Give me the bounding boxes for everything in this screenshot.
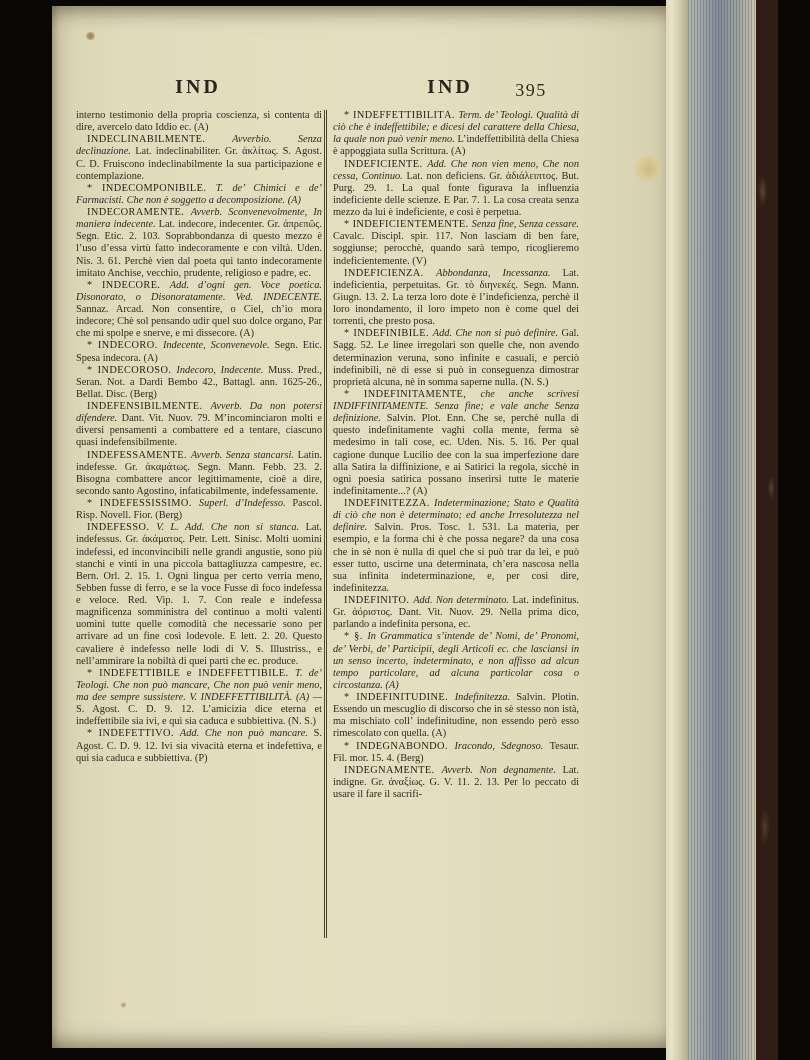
running-title-right: IND (400, 76, 500, 99)
dictionary-entry: * INDEFINIBILE. Add. Che non si può defi… (333, 328, 579, 389)
entry-definition: Avverb. Non degnamente. (442, 765, 563, 776)
dictionary-entry: * INDEGNABONDO. Iracondo, Sdegnoso. Tesa… (333, 741, 579, 765)
dictionary-entry: * INDEFETTIVO. Add. Che non può mancare.… (76, 728, 322, 764)
entry-headword: * INDECORE. (87, 280, 170, 291)
dictionary-entry: INDEGNAMENTE. Avverb. Non degnamente. La… (333, 765, 579, 801)
book-page: IND IND 395 interno testimonio della pro… (52, 6, 668, 1048)
entry-headword: INDEFENSIBILMENTE. (87, 401, 211, 412)
entry-definition: Indecoro, Indecente. (176, 365, 268, 376)
dictionary-entry: * INDECOROSO. Indecoro, Indecente. Muss.… (76, 365, 322, 401)
entry-definition: Indefinitezza. (455, 692, 517, 703)
entry-definition: Add. Che non si può definire. (433, 328, 562, 339)
entry-definition: Add. Non determinato. (413, 595, 512, 606)
entry-citation: Sannaz. Arcad. Non consentire, o Ciel, c… (76, 304, 322, 339)
dictionary-entry: * INDEFFETTIBILITÀ. Term. de’ Teologi. Q… (333, 110, 579, 159)
dictionary-entry: INDEFESSO. V. L. Add. Che non si stanca.… (76, 522, 322, 668)
running-title-left: IND (148, 76, 248, 99)
entry-headword: * INDEFETTIBILE e INDEFFETTIBILE. (87, 668, 295, 679)
dictionary-entry: interno testimonio della propria coscien… (76, 110, 322, 134)
dictionary-entry: INDEFINITO. Add. Non determinato. Lat. i… (333, 595, 579, 631)
entry-headword: INDEFINITO. (344, 595, 413, 606)
paper-stain (86, 32, 95, 40)
entry-citation: Lat. indefessus. Gr. ἀκάματος. Petr. Let… (76, 522, 322, 666)
entry-headword: * INDEFESSISSIMO. (87, 498, 199, 509)
dictionary-entry: INDEFINITEZZA. Indeterminazione; Stato e… (333, 498, 579, 595)
entry-headword: * INDEFINITUDINE. (344, 692, 455, 703)
entry-headword: * INDEFFETTIBILITÀ. (344, 110, 458, 121)
entry-definition: V. L. Add. Che non si stanca. (156, 522, 305, 533)
entry-definition: Indecente, Sconvenevole. (163, 340, 275, 351)
dictionary-entry: * INDECORE. Add. d’ogni gen. Voce poetic… (76, 280, 322, 341)
entry-headword: * INDEFICIENTEMENTE. (344, 219, 472, 230)
page-stack-edges (688, 0, 756, 1060)
entry-definition: In Grammatica s’intende de’ Nomi, de’ Pr… (333, 631, 579, 691)
entry-headword: * INDECOROSO. (87, 365, 176, 376)
entry-definition: Senza fine, Senza cessare. (472, 219, 579, 230)
entry-citation: Cavalc. Discipl. spir. 117. Non lasciam … (333, 231, 579, 266)
dictionary-entry: INDECORAMENTE. Avverb. Sconvenevolmente,… (76, 207, 322, 280)
entry-headword: INDECORAMENTE. (87, 207, 191, 218)
dictionary-entry: * INDEFINITUDINE. Indefinitezza. Salvin.… (333, 692, 579, 741)
book-cover-edge (756, 0, 778, 1060)
entry-headword: * INDEGNABONDO. (344, 741, 454, 752)
entry-headword: * §. (344, 631, 367, 642)
dictionary-entry: INDEFICIENZA. Abbondanza, Incessanza. La… (333, 268, 579, 329)
entry-definition: Superl. d’Indefesso. (199, 498, 292, 509)
book-scan: { "colors": { "paper": "#e2dcbd", "ink":… (0, 0, 810, 1060)
entry-headword: * INDECOMPONIBILE. (87, 183, 216, 194)
entry-definition: Iracondo, Sdegnoso. (454, 741, 549, 752)
column-right: * INDEFFETTIBILITÀ. Term. de’ Teologi. Q… (333, 110, 579, 946)
entry-headword: INDEFINITEZZA. (344, 498, 434, 509)
entry-headword: INDEFESSAMENTE. (87, 450, 191, 461)
dictionary-entry: * INDEFESSISSIMO. Superl. d’Indefesso. P… (76, 498, 322, 522)
entry-definition: Abbondanza, Incessanza. (436, 268, 563, 279)
dictionary-entry: INDEFESSAMENTE. Avverb. Senza stancarsi.… (76, 450, 322, 499)
entry-headword: * INDEFETTIVO. (87, 728, 180, 739)
entry-citation: S. Agost. C. D. 9. 12. L’amicizia dice e… (76, 704, 322, 727)
entry-headword: * INDECORO. (87, 340, 163, 351)
entry-headword: INDEGNAMENTE. (344, 765, 442, 776)
dictionary-entry: * INDEFETTIBILE e INDEFFETTIBILE. T. de’… (76, 668, 322, 729)
dictionary-entry: INDEFENSIBILMENTE. Avverb. Da non poters… (76, 401, 322, 450)
entry-headword: * INDEFINITAMENTE, (344, 389, 481, 400)
dictionary-entry: * INDECORO. Indecente, Sconvenevole. Seg… (76, 340, 322, 364)
dictionary-entry: INDEFICIENTE. Add. Che non vien meno, Ch… (333, 159, 579, 220)
paper-stain (120, 1002, 127, 1008)
entry-headword: INDEFICIENZA. (344, 268, 436, 279)
entry-citation: interno testimonio della propria coscien… (76, 110, 322, 133)
entry-headword: INDEFESSO. (87, 522, 156, 533)
entry-headword: INDECLINABILMENTE. (87, 134, 232, 145)
page-number: 395 (496, 80, 566, 101)
dictionary-entry: * §. In Grammatica s’intende de’ Nomi, d… (333, 631, 579, 692)
dictionary-entry: * INDEFINITAMENTE, che anche scrivesi IN… (333, 389, 579, 498)
entry-definition: Add. Che non può mancare. (180, 728, 314, 739)
column-left: interno testimonio della propria coscien… (76, 110, 322, 946)
dictionary-entry: INDECLINABILMENTE. Avverbio. Senza decli… (76, 134, 322, 183)
entry-citation: Salvin. Plot. Enn. Che se, perchè nulla … (333, 413, 579, 497)
dictionary-entry: * INDEFICIENTEMENTE. Senza fine, Senza c… (333, 219, 579, 268)
page-edge-curl (666, 0, 688, 1060)
paper-stain (632, 156, 666, 182)
column-divider-rule (324, 110, 327, 938)
entry-headword: INDEFICIENTE. (344, 159, 427, 170)
entry-definition: Avverb. Senza stancarsi. (191, 450, 298, 461)
dictionary-entry: * INDECOMPONIBILE. T. de’ Chimici e de’ … (76, 183, 322, 207)
entry-headword: * INDEFINIBILE. (344, 328, 433, 339)
